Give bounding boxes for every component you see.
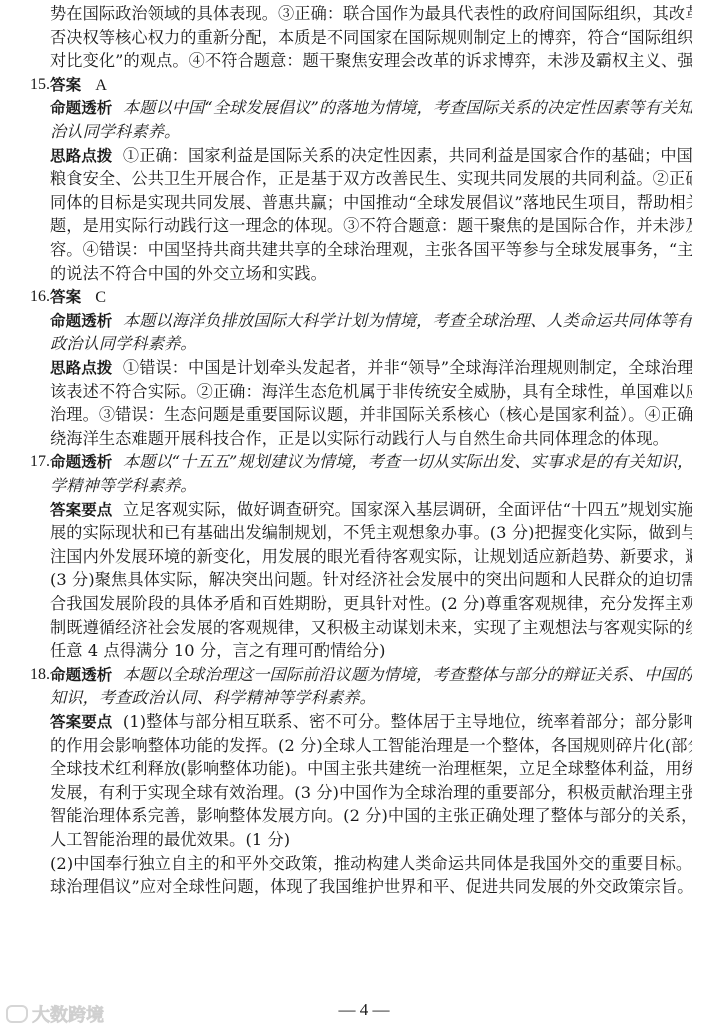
question-number-18: 18. bbox=[30, 664, 50, 686]
answer-line-16: 答案C bbox=[50, 286, 692, 308]
hint-line: 治理。③错误：生态问题是重要国际议题，并非国际关系核心（核心是国家利益）。④正确… bbox=[50, 404, 692, 426]
points-line: 球治理倡议”应对全球性问题，体现了我国维护世界和平、促进共同发展的外交政策宗旨。… bbox=[50, 876, 692, 898]
hint-line: 思路点拨 ①正确：国家利益是国际关系的决定性因素，共同利益是国家合作的基础；中国… bbox=[50, 145, 692, 167]
points-line: (3 分)聚焦具体实际，解决突出问题。针对经济社会发展中的突出问题和人民群众的迫… bbox=[50, 569, 692, 591]
analysis-label: 命题透析 bbox=[50, 666, 112, 684]
text-line: 势在国际政治领域的具体表现。③正确：联合国作为最具代表性的政府间国际组织，其改革… bbox=[50, 3, 692, 25]
answer-label: 答案 bbox=[50, 76, 81, 94]
hint-label: 思路点拨 bbox=[50, 359, 112, 377]
analysis-line: 命题透析 本题以“十五五”规划建议为情境，考查一切从实际出发、实事求是的有关知识… bbox=[50, 451, 692, 473]
hint-line: 容。④错误：中国坚持共商共建共享的全球治理观，主张各国平等参与全球发展事务，“主… bbox=[50, 239, 692, 261]
points-line: 人工智能治理的最优效果。(1 分) bbox=[50, 829, 692, 851]
hint-line: 绕海洋生态难题开展科技合作，正是以实际行动践行人与自然生命共同体理念的体现。 bbox=[50, 428, 692, 450]
text-line: 对比变化”的观点。④不符合题意：题干聚焦安理会改革的诉求博弈，未涉及霸权主义、强… bbox=[50, 50, 692, 72]
watermark: 大数跨境 bbox=[6, 1001, 104, 1027]
points-line: 制既遵循经济社会发展的客观规律，又积极主动谋划未来，实现了主观想法与客观实际的统… bbox=[50, 617, 692, 639]
answer-value: A bbox=[95, 76, 107, 94]
analysis-label: 命题透析 bbox=[50, 453, 112, 471]
answer-label: 答案 bbox=[50, 288, 81, 306]
watermark-logo-icon bbox=[6, 1005, 28, 1023]
points-line: 合我国发展阶段的具体矛盾和百姓期盼，更具针对性。(2 分)尊重客观规律，充分发挥… bbox=[50, 593, 692, 615]
analysis-line: 命题透析 本题以海洋负排放国际大科学计划为情境，考查全球治理、人类命运共同体等有… bbox=[50, 310, 692, 332]
points-line: 的作用会影响整体功能的发挥。(2 分)全球人工智能治理是一个整体，各国规则碎片化… bbox=[50, 735, 692, 757]
points-line: 任意 4 点得满分 10 分，言之有理可酌情给分) bbox=[50, 640, 692, 662]
hint-line: 同体的目标是实现共同发展、普惠共赢；中国推动“全球发展倡议”落地民生项目，帮助相… bbox=[50, 192, 692, 214]
question-number-17: 17. bbox=[30, 451, 50, 473]
answer-value: C bbox=[95, 288, 106, 306]
analysis-label: 命题透析 bbox=[50, 99, 112, 117]
page-number: — 4 — bbox=[0, 1000, 728, 1020]
hint-line: 粮食安全、公共卫生开展合作，正是基于双方改善民生、实现共同发展的共同利益。②正确… bbox=[50, 168, 692, 190]
points-line: 发展，有利于实现全球有效治理。(3 分)中国作为全球治理的重要部分，积极贡献治理… bbox=[50, 782, 692, 804]
points-line: 智能治理体系完善，影响整体发展方向。(2 分)中国的主张正确处理了整体与部分的关… bbox=[50, 805, 692, 827]
question-number-15: 15. bbox=[30, 74, 50, 96]
analysis-line: 命题透析 本题以中国“全球发展倡议”的落地为情境，考查国际关系的决定性因素等有关… bbox=[50, 97, 692, 119]
points-label: 答案要点 bbox=[50, 501, 112, 519]
analysis-label: 命题透析 bbox=[50, 312, 112, 330]
text-line: 否决权等核心权力的重新分配，本质是不同国家在国际规则制定上的博弈，符合“国际组织… bbox=[50, 27, 692, 49]
points-line: (2)中国奉行独立自主的和平外交政策，推动构建人类命运共同体是我国外交的重要目标… bbox=[50, 853, 692, 875]
question-number-16: 16. bbox=[30, 286, 50, 308]
hint-line: 题，是用实际行动践行这一理念的体现。③不符合题意：题干聚焦的是国际合作，并未涉及… bbox=[50, 215, 692, 237]
hint-line: 该表述不符合实际。②正确：海洋生态危机属于非传统安全威胁，具有全球性，单国难以应… bbox=[50, 381, 692, 403]
hint-line: 思路点拨 ①错误：中国是计划牵头发起者，并非“领导”全球海洋治理规则制定，全球治… bbox=[50, 357, 692, 379]
analysis-line: 政治认同学科素养。 bbox=[50, 333, 692, 355]
answer-line-15: 答案A bbox=[50, 74, 692, 96]
points-line: 答案要点 立足客观实际，做好调查研究。国家深入基层调研，全面评估“十四五”规划实… bbox=[50, 499, 692, 521]
analysis-line: 学精神等学科素养。 bbox=[50, 475, 692, 497]
hint-label: 思路点拨 bbox=[50, 147, 112, 165]
points-line: 展的实际现状和已有基础出发编制规划，不凭主观想象办事。(3 分)把握变化实际，做… bbox=[50, 522, 692, 544]
hint-line: 的说法不符合中国的外交立场和实践。 bbox=[50, 263, 692, 285]
points-line: 答案要点 (1)整体与部分相互联系、密不可分。整体居于主导地位，统率着部分；部分… bbox=[50, 711, 692, 733]
points-label: 答案要点 bbox=[50, 713, 112, 731]
points-line: 全球技术红利释放(影响整体功能)。中国主张共建统一治理框架，立足全球整体利益，用… bbox=[50, 758, 692, 780]
analysis-line: 治认同学科素养。 bbox=[50, 121, 692, 143]
points-line: 注国内外发展环境的新变化，用发展的眼光看待客观实际，让规划适应新趋势、新要求，避… bbox=[50, 546, 692, 568]
analysis-line: 命题透析 本题以全球治理这一国际前沿议题为情境，考查整体与部分的辩证关系、中国的… bbox=[50, 664, 692, 686]
analysis-line: 知识，考查政治认同、科学精神等学科素养。 bbox=[50, 687, 692, 709]
